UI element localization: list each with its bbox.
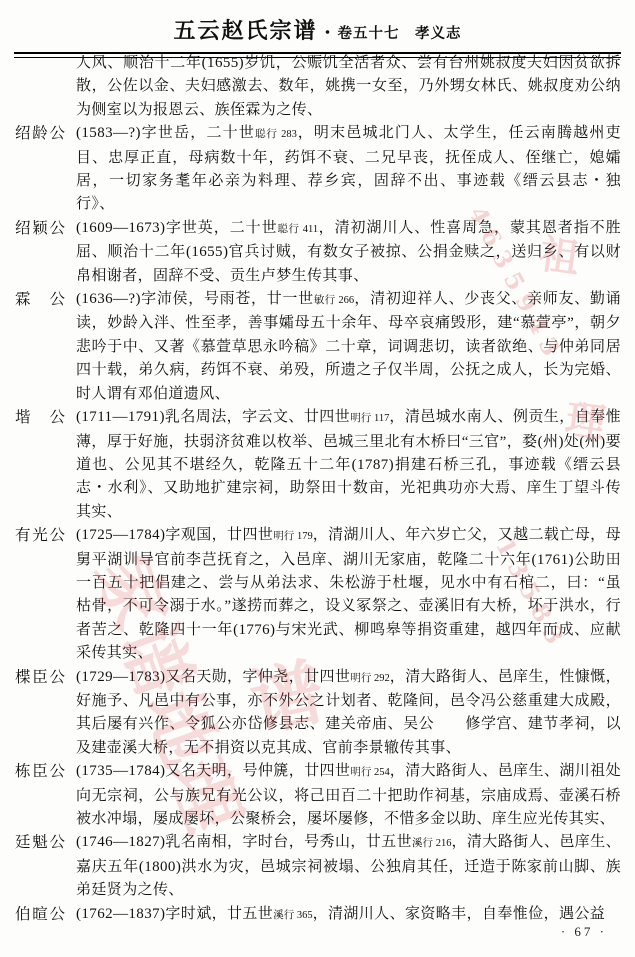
title-separator-dot: ・ <box>320 25 336 42</box>
entry-text: (1746—1827)乳名南相，字时台，号秀山，廿五世溪行 216，清大路街人、… <box>76 831 621 902</box>
entry-intro-continuation: 人风、顺治十二年(1655)岁饥，公赈饥全活者众、尝有台州姚叔度夫妇因贫欲拆散，… <box>15 52 621 122</box>
generation-rank-note: 聪行 283 <box>255 129 297 140</box>
entry-text-before: (1729—1783)又名天勋，字仲尧，廿四世 <box>76 669 350 685</box>
volume-title: 卷五十七 孝义志 <box>338 26 462 42</box>
generation-rank-note: 明行 292 <box>350 673 389 684</box>
entry-label: 廷魁公 <box>15 831 65 854</box>
entry-text: 人风、顺治十二年(1655)岁饥，公赈饥全活者众、尝有台州姚叔度夫妇因贫欲拆散，… <box>76 52 621 122</box>
entry-label: 绍龄公 <box>15 122 65 145</box>
entry-text-before: (1735—1784)又名天明，号仲篪，廿四世 <box>76 763 350 779</box>
entry-jie-gong: 堦公(1711—1791)乳名周法，字云文、廿四世明行 117，清邑城水南人、例… <box>15 406 621 524</box>
entry-lin-gong: 霖公(1636—?)字沛侯，号雨苍，廿一世敏行 266，清初迎祥人、少丧父、亲师… <box>15 288 621 406</box>
entry-text-after: ，清邑城水南人、例贡生，自奉惟薄，厚于好施，扶弱济贫难以枚举、邑城三里北有木桥曰… <box>76 409 621 520</box>
page-number: · 67 · <box>561 924 607 940</box>
entry-label: 霖公 <box>15 288 65 311</box>
entry-text: (1729—1783)又名天勋，字仲尧，廿四世明行 292，清大路街人、邑庠生，… <box>76 666 621 761</box>
entries-list: 人风、顺治十二年(1655)岁饥，公赈饥全活者众、尝有台州姚叔度夫妇因贫欲拆散，… <box>15 52 621 927</box>
entry-text: (1725—1784)字观国，廿四世明行 179，清湖川人、年六岁亡父，又越二载… <box>76 524 621 665</box>
entry-diechen-gong: 楪臣公(1729—1783)又名天勋，字仲尧，廿四世明行 292，清大路街人、邑… <box>15 666 621 761</box>
genealogy-page: 五云赵氏宗谱・卷五十七 孝义志 人风、顺治十二年(1655)岁饥，公赈饥全活者众… <box>0 0 635 957</box>
entry-text: (1609—1673)字世英，二十世聪行 411，清初湖川人、性喜周急，蒙其恩者… <box>76 217 621 288</box>
entry-text: (1735—1784)又名天明，号仲篪，廿四世明行 254，清大路街人、邑庠生、… <box>76 760 621 831</box>
entry-label: 绍颖公 <box>15 217 65 240</box>
entry-text-before: (1746—1827)乳名南相，字时台，号秀山，廿五世 <box>76 834 412 850</box>
book-title: 五云赵氏宗谱 <box>173 18 317 43</box>
entry-text-before: 人风、顺治十二年(1655)岁饥，公赈饥全活者众、尝有台州姚叔度夫妇因贫欲拆散，… <box>76 55 621 118</box>
entry-label: 楪臣公 <box>15 666 65 689</box>
page-header: 五云赵氏宗谱・卷五十七 孝义志 <box>0 0 635 45</box>
entry-text-before: (1609—1673)字世英，二十世 <box>76 220 278 236</box>
entry-label: 伯暄公 <box>15 903 65 926</box>
generation-rank-note: 明行 254 <box>350 767 389 778</box>
entry-youguang-gong: 有光公(1725—1784)字观国，廿四世明行 179，清湖川人、年六岁亡父，又… <box>15 524 621 665</box>
entry-tingkui-gong: 廷魁公(1746—1827)乳名南相，字时台，号秀山，廿五世溪行 216，清大路… <box>15 831 621 902</box>
generation-rank-note: 溪行 216 <box>412 838 451 849</box>
entry-text-before: (1711—1791)乳名周法，字云文、廿四世 <box>76 409 350 425</box>
generation-rank-note: 明行 117 <box>350 413 389 424</box>
entry-label: 栋臣公 <box>15 760 65 783</box>
entry-text-before: (1583—?)字世岳，二十世 <box>76 125 255 141</box>
entry-shaoling-gong: 绍龄公(1583—?)字世岳，二十世聪行 283，明末邑城北门人、太学生，任云南… <box>15 122 621 217</box>
entry-text: (1711—1791)乳名周法，字云文、廿四世明行 117，清邑城水南人、例贡生… <box>76 406 621 524</box>
entry-label: 堦公 <box>15 406 65 429</box>
entry-dongchen-gong: 栋臣公(1735—1784)又名天明，号仲篪，廿四世明行 254，清大路街人、邑… <box>15 760 621 831</box>
entry-shaoying-gong: 绍颖公(1609—1673)字世英，二十世聪行 411，清初湖川人、性喜周急，蒙… <box>15 217 621 288</box>
entry-text: (1762—1837)字时斌，廿五世溪行 365，清湖川人、家资略丰，自奉惟俭，… <box>76 903 621 927</box>
entry-text: (1636—?)字沛侯，号雨苍，廿一世敏行 266，清初迎祥人、少丧父、亲师友、… <box>76 288 621 406</box>
generation-rank-note: 明行 179 <box>273 531 312 542</box>
entry-text-after: ，清初迎祥人、少丧父、亲师友、勤诵读，妙龄入泮、性至孝，善事孀母五十余年、母卒哀… <box>76 291 621 402</box>
entry-text-after: ，清湖川人、年六岁亡父，又越二载亡母，母舅平湖训导官前李芑抚育之，入邑庠、湖川无… <box>76 527 621 661</box>
entry-text-after: ，清湖川人、家资略丰，自奉惟俭，遇公益 <box>313 906 606 922</box>
generation-rank-note: 敏行 266 <box>314 295 354 306</box>
entry-text-before: (1636—?)字沛侯，号雨苍，廿一世 <box>76 291 314 307</box>
entry-text-before: (1762—1837)字时斌，廿五世 <box>76 906 273 922</box>
entry-label: 有光公 <box>15 524 65 547</box>
entry-text: (1583—?)字世岳，二十世聪行 283，明末邑城北门人、太学生，任云南腾越州… <box>76 122 621 217</box>
entry-boxuan-gong: 伯暄公(1762—1837)字时斌，廿五世溪行 365，清湖川人、家资略丰，自奉… <box>15 903 621 927</box>
entry-text-before: (1725—1784)字观国，廿四世 <box>76 527 273 543</box>
generation-rank-note: 聪行 411 <box>278 224 319 235</box>
generation-rank-note: 溪行 365 <box>273 910 312 921</box>
